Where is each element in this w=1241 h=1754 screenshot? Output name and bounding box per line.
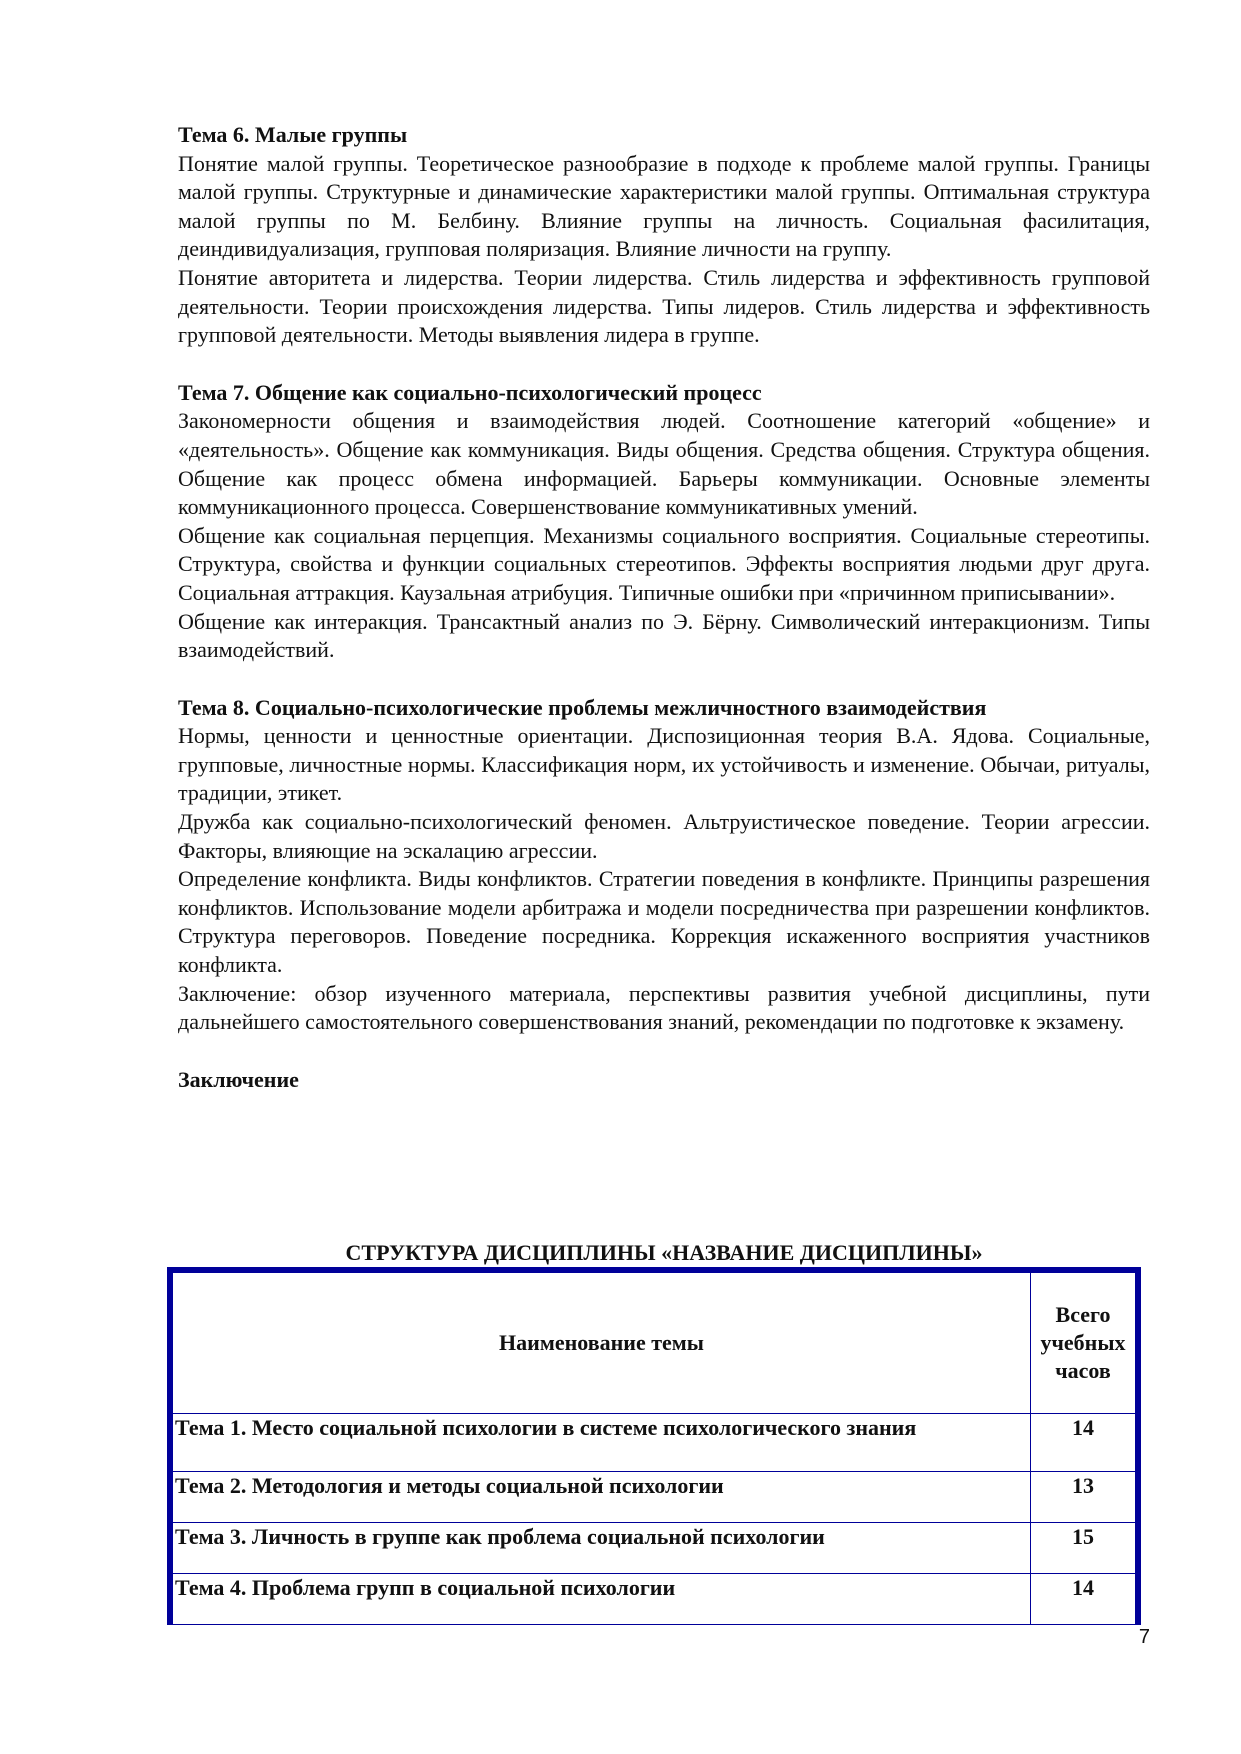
topic-cell: Тема 2. Методология и методы социальной … [170,1472,1031,1523]
table-row: Тема 2. Методология и методы социальной … [170,1472,1138,1523]
paragraph: Дружба как социально-психологический фен… [178,808,1150,865]
paragraph: Общение как интеракция. Трансактный анал… [178,608,1150,665]
table-row: Тема 1. Место социальной психологии в си… [170,1414,1138,1472]
paragraph: Понятие малой группы. Теоретическое разн… [178,150,1150,264]
paragraph: Определение конфликта. Виды конфликтов. … [178,865,1150,979]
section-topic-6: Тема 6. Малые группы Понятие малой групп… [178,121,1150,350]
hours-cell: 15 [1031,1523,1139,1574]
hours-cell: 14 [1031,1574,1139,1625]
section-topic-8: Тема 8. Социально-психологические пробле… [178,694,1150,1037]
paragraph: Понятие авторитета и лидерства. Теории л… [178,264,1150,350]
discipline-structure-table: Наименование темы Всего учебных часов Те… [167,1267,1141,1625]
column-header-hours: Всего учебных часов [1031,1270,1139,1414]
document-page: Тема 6. Малые группы Понятие малой групп… [178,121,1150,1094]
page-number: 7 [1139,1626,1150,1649]
section-topic-7: Тема 7. Общение как социально-психологич… [178,379,1150,665]
topic-cell: Тема 1. Место социальной психологии в си… [170,1414,1031,1472]
table-title: СТРУКТУРА ДИСЦИПЛИНЫ «НАЗВАНИЕ ДИСЦИПЛИН… [178,1240,1150,1266]
topic-cell: Тема 3. Личность в группе как проблема с… [170,1523,1031,1574]
paragraph: Закономерности общения и взаимодействия … [178,407,1150,521]
paragraph: Нормы, ценности и ценностные ориентации.… [178,722,1150,808]
hours-cell: 13 [1031,1472,1139,1523]
table-row: Тема 3. Личность в группе как проблема с… [170,1523,1138,1574]
table-header-row: Наименование темы Всего учебных часов [170,1270,1138,1414]
paragraph: Общение как социальная перцепция. Механи… [178,522,1150,608]
topic-cell: Тема 4. Проблема групп в социальной псих… [170,1574,1031,1625]
section-heading: Тема 8. Социально-психологические пробле… [178,694,1150,723]
table-row: Тема 4. Проблема групп в социальной псих… [170,1574,1138,1625]
paragraph: Заключение: обзор изученного материала, … [178,980,1150,1037]
section-heading: Тема 6. Малые группы [178,121,1150,150]
section-heading: Тема 7. Общение как социально-психологич… [178,379,1150,408]
column-header-topic: Наименование темы [170,1270,1031,1414]
conclusion-heading: Заключение [178,1066,1150,1095]
hours-cell: 14 [1031,1414,1139,1472]
